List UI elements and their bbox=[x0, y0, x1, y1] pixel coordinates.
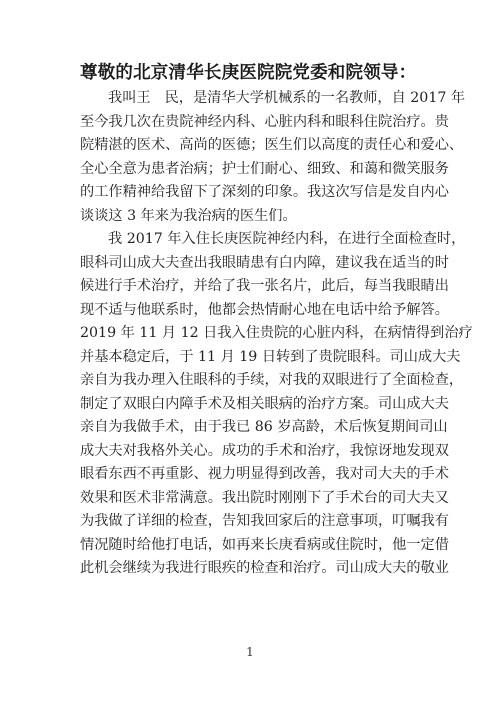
body-line: 院精湛的医术、高尚的医德；医生们以高度的责任心和爱心、 bbox=[80, 134, 442, 158]
document-page: 尊敬的北京清华长庚医院院党委和院领导： 我叫王民，是清华大学机械系的一名教师，自… bbox=[0, 0, 500, 707]
letter-body: 我叫王民，是清华大学机械系的一名教师，自 2017 年 至今我几次在贵院神经内科… bbox=[80, 87, 442, 581]
body-line: 现不适与他联系时，他都会热情耐心地在电话中给予解答。 bbox=[80, 299, 442, 323]
body-line: 我 2017 年入住长庚医院神经内科，在进行全面检查时， bbox=[80, 228, 442, 252]
body-line: 我叫王民，是清华大学机械系的一名教师，自 2017 年 bbox=[80, 87, 442, 111]
body-line: 亲自为我做手术，由于我已 86 岁高龄，术后恢复期间司山 bbox=[80, 416, 442, 440]
body-line: 成大夫对我格外关心。成功的手术和治疗，我惊讶地发现双 bbox=[80, 440, 442, 464]
body-line: 眼看东西不再重影、视力明显得到改善，我对司大夫的手术 bbox=[80, 463, 442, 487]
body-line: 情况随时给他打电话，如再来长庚看病或住院时，他一定借 bbox=[80, 534, 442, 558]
body-line: 亲自为我办理入住眼科的手续，对我的双眼进行了全面检查， bbox=[80, 369, 442, 393]
body-line: 的工作精神给我留下了深刻的印象。我这次写信是发自内心 bbox=[80, 181, 442, 205]
author-name-prefix: 我叫王 bbox=[108, 90, 151, 106]
page-number: 1 bbox=[244, 645, 256, 659]
body-line: 效果和医术非常满意。我出院时刚刚下了手术台的司大夫又 bbox=[80, 487, 442, 511]
body-line: 制定了双眼白内障手术及相关眼病的治疗方案。司山成大夫 bbox=[80, 393, 442, 417]
body-line: 2019 年 11 月 12 日我入住贵院的心脏内科，在病情得到治疗 bbox=[80, 322, 442, 346]
body-line: 并基本稳定后，于 11 月 19 日转到了贵院眼科。司山成大夫 bbox=[80, 346, 442, 370]
body-line: 为我做了详细的检查，告知我回家后的注意事项，叮嘱我有 bbox=[80, 510, 442, 534]
letter-salutation-title: 尊敬的北京清华长庚医院院党委和院领导： bbox=[80, 61, 460, 85]
body-line: 眼科司山成大夫查出我眼睛患有白内障，建议我在适当的时 bbox=[80, 252, 442, 276]
body-line: 谈谈这 3 年来为我治病的医生们。 bbox=[80, 205, 442, 229]
body-line: 此机会继续为我进行眼疾的检查和治疗。司山成大夫的敬业 bbox=[80, 557, 442, 581]
body-line: 至今我几次在贵院神经内科、心脏内科和眼科住院治疗。贵 bbox=[80, 111, 442, 135]
body-line: 候进行手术治疗，并给了我一张名片，此后，每当我眼睛出 bbox=[80, 275, 442, 299]
body-line: 全心全意为患者治病；护士们耐心、细致、和蔼和微笑服务 bbox=[80, 158, 442, 182]
